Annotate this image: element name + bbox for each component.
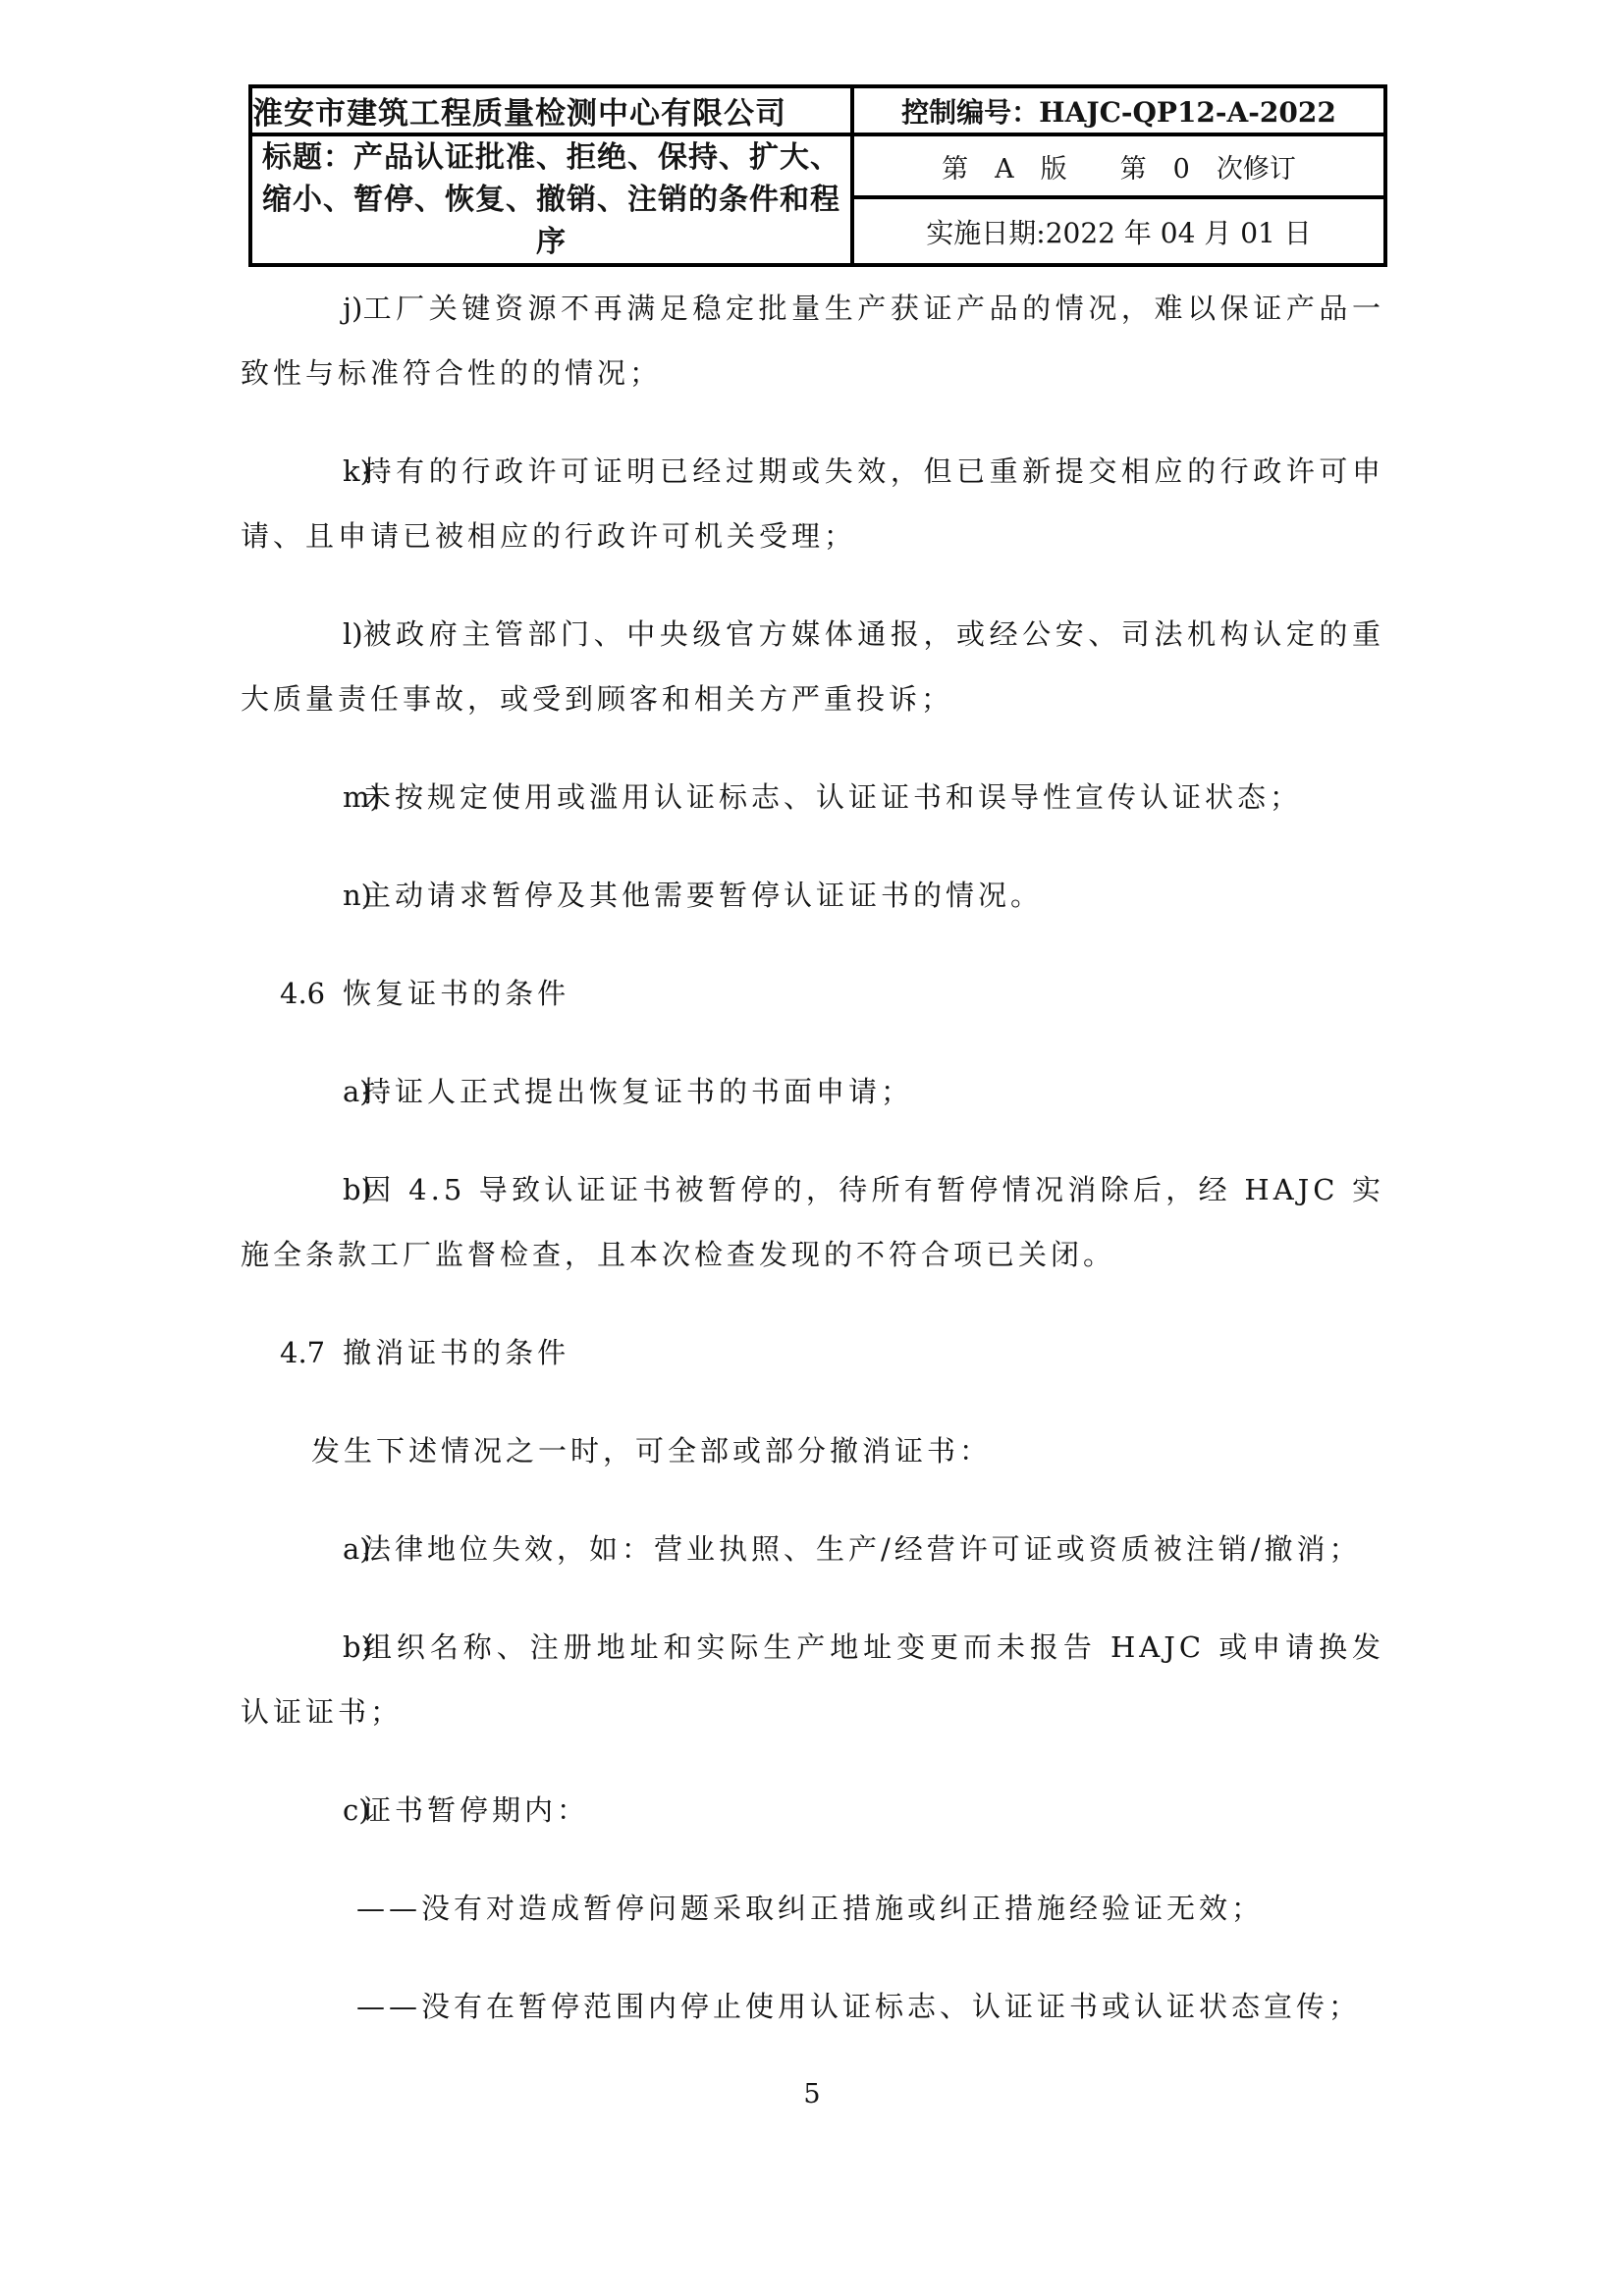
document-body: j)工厂关键资源不再满足稳定批量生产获证产品的情况，难以保证产品一致性与标准符合… (0, 0, 1624, 2072)
list-text: 证书暂停期内： (362, 1793, 589, 1827)
paragraph-text: 发生下述情况之一时，可全部或部分撤消证书： (311, 1434, 992, 1468)
page-number: 5 (0, 2079, 1624, 2109)
list-label: b) (292, 1615, 362, 1680)
list-label: c) (292, 1778, 362, 1842)
section-heading-4-7: 4.7撤消证书的条件 (241, 1320, 1384, 1385)
section-title: 撤消证书的条件 (343, 1336, 569, 1369)
list-label: a) (292, 1517, 362, 1581)
list-label: k) (292, 439, 362, 504)
list-text: 被政府主管部门、中央级官方媒体通报，或经公安、司法机构认定的重大质量责任事故，或… (241, 617, 1384, 716)
dash-item-1: ——没有对造成暂停问题采取纠正措施或纠正措施经验证无效； (241, 1876, 1384, 1941)
list-label: l) (292, 602, 362, 667)
dash-item-2: ——没有在暂停范围内停止使用认证标志、认证证书或认证状态宣传； (241, 1974, 1384, 2039)
list-text: 工厂关键资源不再满足稳定批量生产获证产品的情况，难以保证产品一致性与标准符合性的… (241, 292, 1384, 390)
list-text: 组织名称、注册地址和实际生产地址变更而未报告 HAJC 或申请换发认证证书； (241, 1630, 1384, 1729)
paragraph-text: ——没有对造成暂停问题采取纠正措施或纠正措施经验证无效； (356, 1892, 1264, 1925)
list-item-a-46: a)持证人正式提出恢复证书的书面申请； (241, 1059, 1384, 1124)
list-item-b-47: b)组织名称、注册地址和实际生产地址变更而未报告 HAJC 或申请换发认证证书； (241, 1615, 1384, 1744)
document-page: 淮安市建筑工程质量检测中心有限公司 控制编号：HAJC-QP12-A-2022 … (0, 0, 1624, 2296)
list-label: b) (292, 1157, 362, 1222)
list-text: 因 4.5 导致认证证书被暂停的，待所有暂停情况消除后，经 HAJC 实施全条款… (241, 1173, 1384, 1271)
list-text: 持有的行政许可证明已经过期或失效，但已重新提交相应的行政许可申请、且申请已被相应… (241, 454, 1384, 553)
list-text: 主动请求暂停及其他需要暂停认证证书的情况。 (362, 879, 1043, 912)
list-text: 法律地位失效，如：营业执照、生产/经营许可证或资质被注销/撤消； (362, 1532, 1362, 1566)
list-label: n) (292, 863, 362, 928)
list-label: j) (292, 276, 362, 341)
section-title: 恢复证书的条件 (343, 977, 569, 1010)
list-item-m: m)未按规定使用或滥用认证标志、认证证书和误导性宣传认证状态； (241, 765, 1384, 829)
list-item-j: j)工厂关键资源不再满足稳定批量生产获证产品的情况，难以保证产品一致性与标准符合… (241, 276, 1384, 405)
list-label: a) (292, 1059, 362, 1124)
list-item-a-47: a)法律地位失效，如：营业执照、生产/经营许可证或资质被注销/撤消； (241, 1517, 1384, 1581)
list-item-l: l)被政府主管部门、中央级官方媒体通报，或经公安、司法机构认定的重大质量责任事故… (241, 602, 1384, 731)
section-number: 4.6 (280, 977, 325, 1010)
list-item-b-46: b)因 4.5 导致认证证书被暂停的，待所有暂停情况消除后，经 HAJC 实施全… (241, 1157, 1384, 1287)
list-item-n: n)主动请求暂停及其他需要暂停认证证书的情况。 (241, 863, 1384, 928)
list-item-k: k)持有的行政许可证明已经过期或失效，但已重新提交相应的行政许可申请、且申请已被… (241, 439, 1384, 568)
list-text: 未按规定使用或滥用认证标志、认证证书和误导性宣传认证状态； (362, 780, 1302, 814)
list-text: 持证人正式提出恢复证书的书面申请； (362, 1075, 913, 1108)
intro-sentence: 发生下述情况之一时，可全部或部分撤消证书： (241, 1418, 1384, 1483)
section-number: 4.7 (280, 1336, 325, 1369)
section-heading-4-6: 4.6恢复证书的条件 (241, 961, 1384, 1026)
paragraph-text: ——没有在暂停范围内停止使用认证标志、认证证书或认证状态宣传； (356, 1990, 1361, 2023)
list-label: m) (292, 765, 362, 829)
list-item-c-47: c)证书暂停期内： (241, 1778, 1384, 1842)
